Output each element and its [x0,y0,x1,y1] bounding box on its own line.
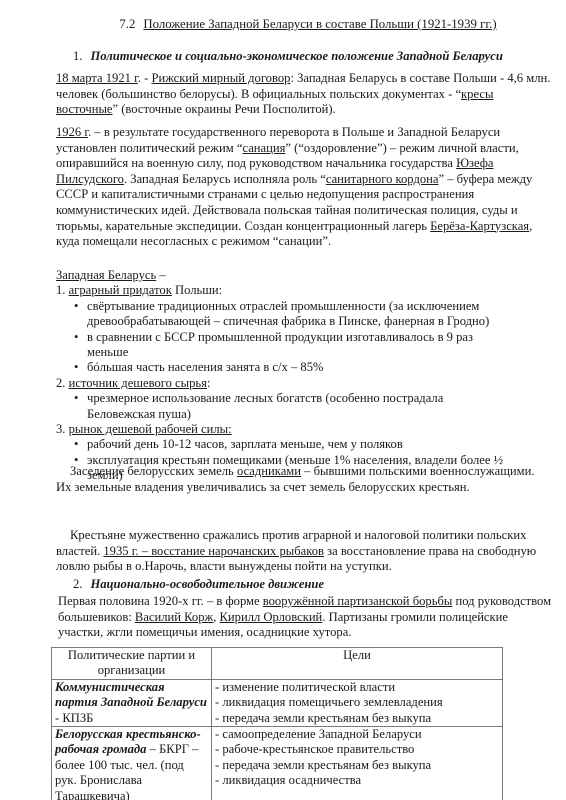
list-heading-label: Западная Беларусь [56,268,156,282]
text: – [156,268,165,282]
section-number: 1. [73,49,82,63]
goal-item: - самоопределение Западной Беларуси [215,727,499,742]
bullet-continuation: меньше [56,345,556,360]
paragraph-partisans: Первая половина 1920-х гг. – в форме воо… [58,594,554,641]
bullet-item: свёртывание традиционных отраслей промыш… [56,299,556,314]
western-belarus-list: Западная Беларусь – 1. аграрный придаток… [56,268,556,483]
table-row: Коммунистическая партия Западной Беларус… [52,679,503,726]
paragraph-osadniki: Заселение белорусских земель осадниками … [56,464,552,495]
bullet-continuation: древообрабатывающей – спичечная фабрика … [56,314,556,329]
table-header-row: Политические партии и организации Цели [52,648,503,680]
item-number: 3. [56,422,69,436]
cordon-term: санитарного кордона [326,172,439,186]
list-item-3: 3. рынок дешевой рабочей силы: [56,422,556,437]
text: Польши: [172,283,222,297]
table-row: Белорусская крестьянско-рабочая громада … [52,727,503,800]
orlovsky-name: Кирилл Орловский [220,610,323,624]
column-header-goals: Цели [212,648,503,680]
paragraph-sanacja: 1926 г. – в результате государственного … [56,125,552,250]
bullet-item: в сравнении с БССР промышленной продукци… [56,330,556,345]
item-term: рынок дешевой рабочей силы: [69,422,232,436]
section-heading-2: 2.Национально-освободительное движение [73,577,324,593]
party-abbrev: - КПЗБ [55,711,93,725]
item-term: аграрный придаток [69,283,172,297]
goal-item: - ликвидация осадничества [215,773,499,788]
bullet-item: рабочий день 10-12 часов, зарплата меньш… [56,437,556,452]
text: . Западная Беларусь исполняла роль “ [124,172,326,186]
party-name: Коммунистическая партия Западной Беларус… [55,680,207,709]
parties-table: Политические партии и организации Цели К… [51,647,503,800]
item-number: 2. [56,376,69,390]
armed-struggle: вооружённой партизанской борьбы [263,594,453,608]
list-item-1: 1. аграрный придаток Польши: [56,283,556,298]
title-number: 7.2 [69,17,135,31]
section-number: 2. [73,577,82,591]
text: ” (восточные окраины Речи Посполитой). [113,102,336,116]
section-heading-text: Национально-освободительное движение [90,577,324,591]
title-text: Положение Западной Беларуси в составе По… [143,17,496,31]
item-term: источник дешевого сырья [69,376,207,390]
text: Первая половина 1920-х гг. – в форме [58,594,263,608]
party-cell: Белорусская крестьянско-рабочая громада … [52,727,212,800]
goal-item: - ликвидация помещичьего землевладения [215,695,499,710]
item-number: 1. [56,283,69,297]
column-header-parties: Политические партии и организации [52,648,212,680]
korzh-name: Василий Корж [135,610,213,624]
osadniki-term: осадниками [237,464,301,478]
sanacja-term: санация [242,141,285,155]
page-title: 7.2Положение Западной Беларуси в составе… [0,17,566,33]
bullet-item: бóльшая часть населения занята в с/х – 8… [56,360,556,375]
bullet-item: чрезмерное использование лесных богатств… [56,391,556,406]
goals-cell: - изменение политической власти - ликвид… [212,679,503,726]
text: : [207,376,211,390]
goal-item: - передача земли крестьянам без выкупа [215,758,499,773]
list-heading: Западная Беларусь – [56,268,556,283]
section-heading-text: Политическое и социально-экономическое п… [90,49,502,63]
naroch-uprising: 1935 г. – восстание нарочанских рыбаков [103,544,324,558]
text: Заселение белорусских земель [70,464,237,478]
list-item-2: 2. источник дешевого сырья: [56,376,556,391]
document-page: 7.2Положение Западной Беларуси в составе… [0,0,566,800]
bullet-continuation: Беловежская пуша) [56,407,556,422]
party-cell: Коммунистическая партия Западной Беларус… [52,679,212,726]
year-1926: 1926 г [56,125,88,139]
paragraph-riga-treaty: 18 марта 1921 г. - Рижский мирный догово… [56,71,552,118]
goal-item: - передача земли крестьянам без выкупа [215,711,499,726]
goal-item: - рабоче-крестьянское правительство [215,742,499,757]
riga-treaty: Рижский мирный договор [151,71,290,85]
goals-cell: - самоопределение Западной Беларуси - ра… [212,727,503,800]
text: . - [138,71,152,85]
date-1921: 18 марта 1921 г [56,71,138,85]
paragraph-naroch-uprising: Крестьяне мужественно сражались против а… [56,528,552,575]
bereza-camp: Берёза-Картузская [430,219,529,233]
section-heading-1: 1.Политическое и социально-экономическое… [73,49,503,65]
goal-item: - изменение политической власти [215,680,499,695]
